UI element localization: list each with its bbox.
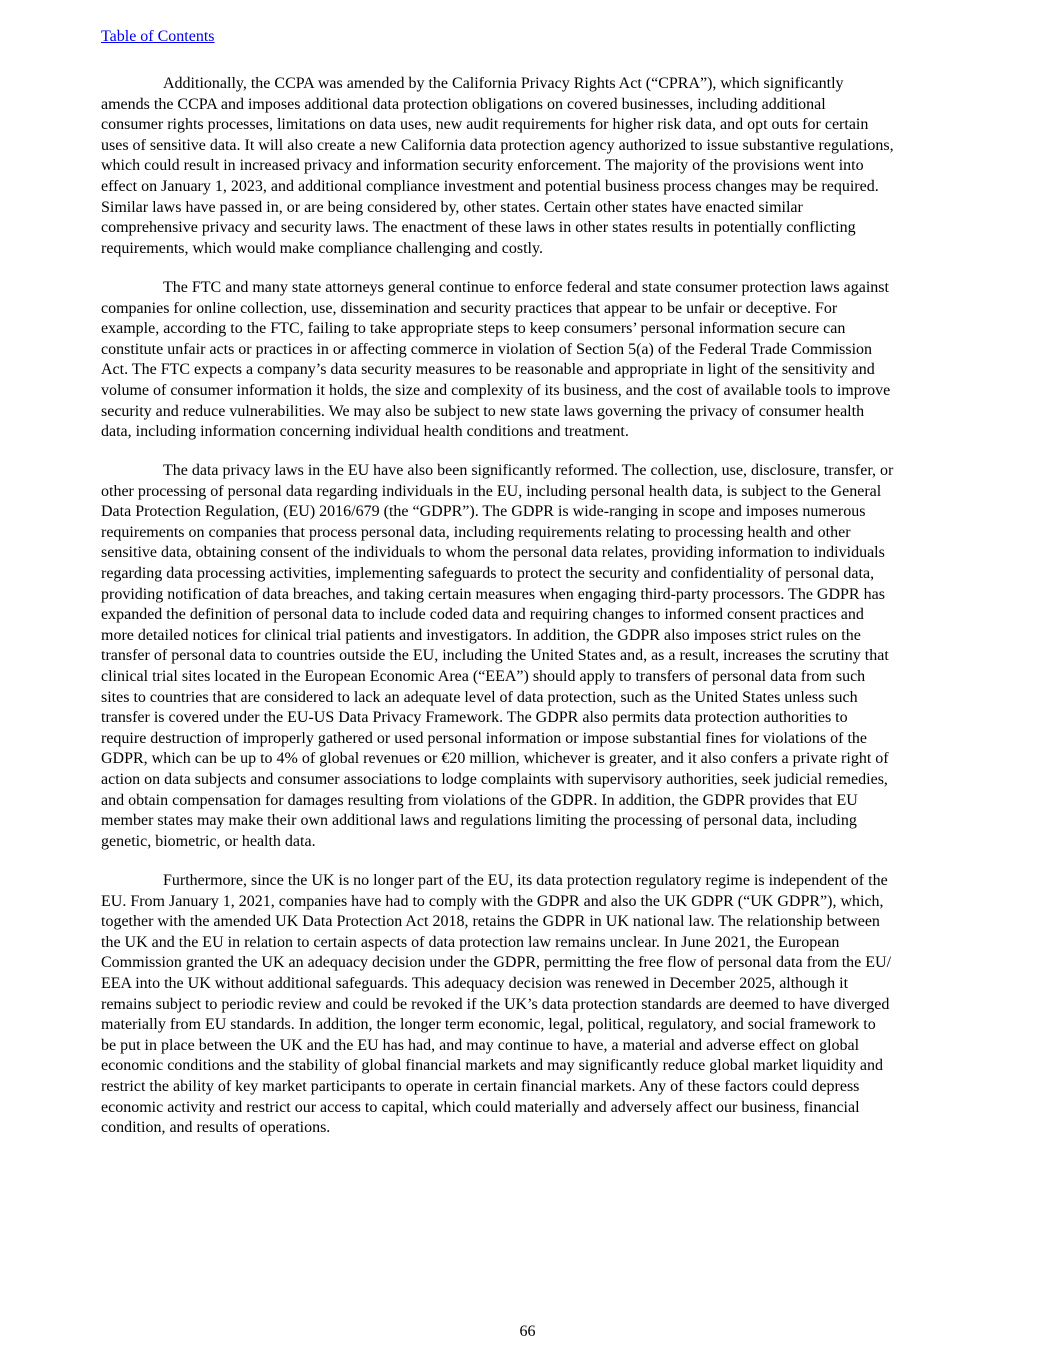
text-line: expanded the definition of personal data… (101, 605, 961, 626)
paragraph-ftc: The FTC and many state attorneys general… (101, 278, 961, 443)
text-line: requirements, which would make complianc… (101, 239, 961, 260)
text-line: materially from EU standards. In additio… (101, 1015, 961, 1036)
text-line: Commission granted the UK an adequacy de… (101, 953, 961, 974)
text-line: genetic, biometric, or health data. (101, 832, 961, 853)
text-line: restrict the ability of key market parti… (101, 1077, 961, 1098)
text-line: other processing of personal data regard… (101, 482, 961, 503)
text-line: providing notification of data breaches,… (101, 585, 961, 606)
text-line: Furthermore, since the UK is no longer p… (101, 871, 961, 892)
text-line: EU. From January 1, 2021, companies have… (101, 892, 961, 913)
text-line: economic conditions and the stability of… (101, 1056, 961, 1077)
text-line: EEA into the UK without additional safeg… (101, 974, 961, 995)
text-line: which could result in increased privacy … (101, 156, 961, 177)
text-line: companies for online collection, use, di… (101, 299, 961, 320)
text-line: Data Protection Regulation, (EU) 2016/67… (101, 502, 961, 523)
table-of-contents-link[interactable]: Table of Contents (101, 27, 215, 47)
text-line: sites to countries that are considered t… (101, 688, 961, 709)
paragraph-uk-gdpr: Furthermore, since the UK is no longer p… (101, 871, 961, 1139)
text-line: consumer rights processes, limitations o… (101, 115, 961, 136)
text-line: action on data subjects and consumer ass… (101, 770, 961, 791)
text-line: example, according to the FTC, failing t… (101, 319, 961, 340)
text-line: effect on January 1, 2023, and additiona… (101, 177, 961, 198)
text-line: economic activity and restrict our acces… (101, 1098, 961, 1119)
text-line: be put in place between the UK and the E… (101, 1036, 961, 1057)
text-line: Additionally, the CCPA was amended by th… (101, 74, 961, 95)
text-line: data, including information concerning i… (101, 422, 961, 443)
paragraph-gdpr: The data privacy laws in the EU have als… (101, 461, 961, 852)
text-line: amends the CCPA and imposes additional d… (101, 95, 961, 116)
page-number: 66 (0, 1322, 1055, 1342)
text-line: Similar laws have passed in, or are bein… (101, 198, 961, 219)
text-line: condition, and results of operations. (101, 1118, 961, 1139)
text-line: more detailed notices for clinical trial… (101, 626, 961, 647)
text-line: together with the amended UK Data Protec… (101, 912, 961, 933)
text-line: member states may make their own additio… (101, 811, 961, 832)
text-line: The data privacy laws in the EU have als… (101, 461, 961, 482)
text-line: security and reduce vulnerabilities. We … (101, 402, 961, 423)
text-line: GDPR, which can be up to 4% of global re… (101, 749, 961, 770)
text-line: volume of consumer information it holds,… (101, 381, 961, 402)
text-line: the UK and the EU in relation to certain… (101, 933, 961, 954)
text-line: transfer is covered under the EU-US Data… (101, 708, 961, 729)
text-line: requirements on companies that process p… (101, 523, 961, 544)
text-line: remains subject to periodic review and c… (101, 995, 961, 1016)
text-line: Act. The FTC expects a company’s data se… (101, 360, 961, 381)
text-line: comprehensive privacy and security laws.… (101, 218, 961, 239)
text-line: uses of sensitive data. It will also cre… (101, 136, 961, 157)
text-line: require destruction of improperly gather… (101, 729, 961, 750)
text-line: transfer of personal data to countries o… (101, 646, 961, 667)
text-line: constitute unfair acts or practices in o… (101, 340, 961, 361)
text-line: clinical trial sites located in the Euro… (101, 667, 961, 688)
text-line: and obtain compensation for damages resu… (101, 791, 961, 812)
text-line: sensitive data, obtaining consent of the… (101, 543, 961, 564)
text-line: The FTC and many state attorneys general… (101, 278, 961, 299)
paragraph-cpra: Additionally, the CCPA was amended by th… (101, 74, 961, 259)
text-line: regarding data processing activities, im… (101, 564, 961, 585)
